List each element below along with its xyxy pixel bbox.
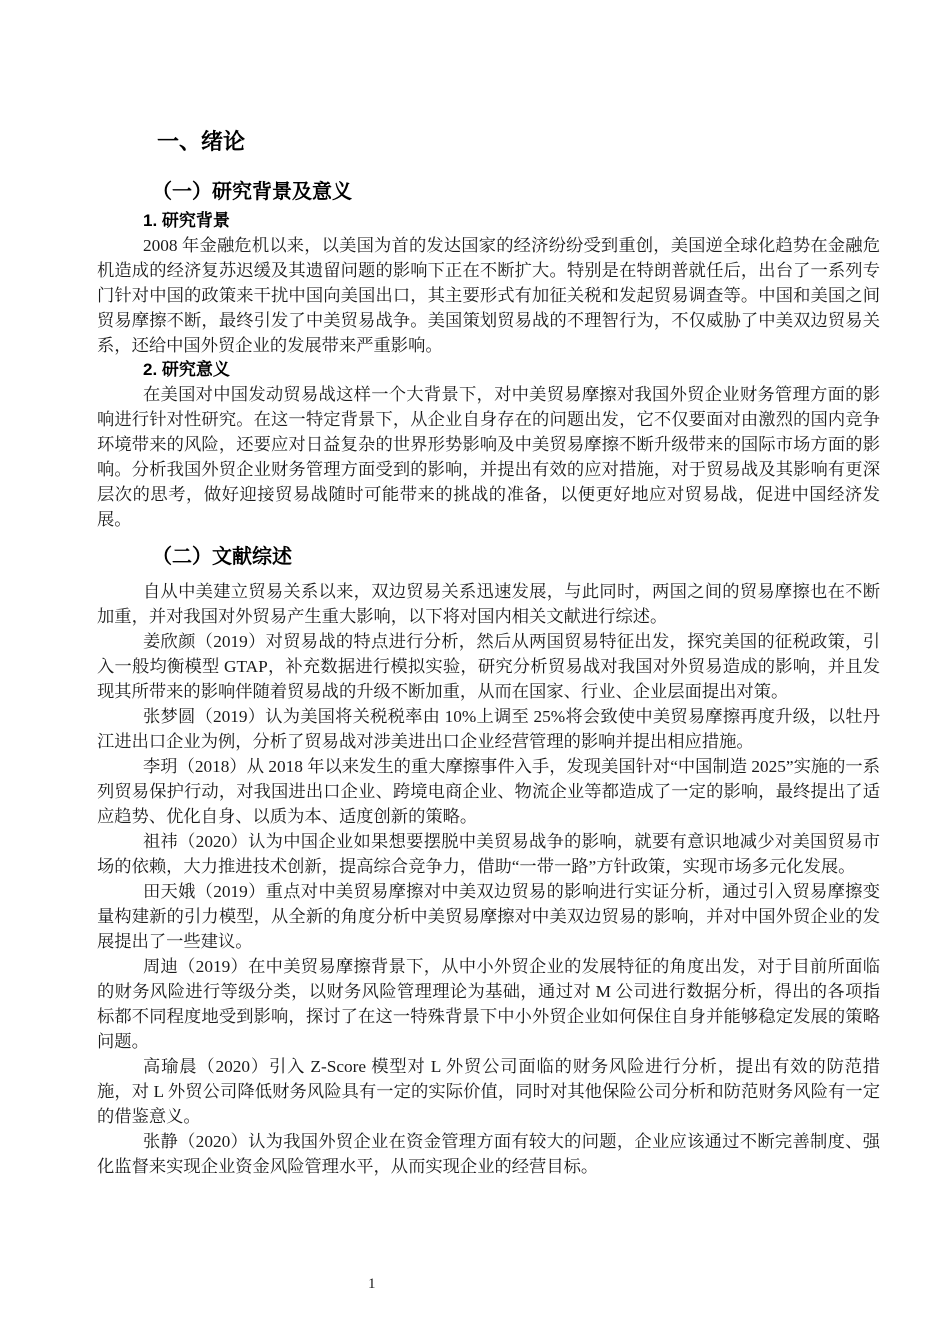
subsection-heading-research-background: 1. 研究背景 bbox=[97, 209, 880, 233]
paragraph-literature-jiangxinyan: 姜欣颜（2019）对贸易战的特点进行分析，然后从两国贸易特征出发，探究美国的征税… bbox=[97, 629, 880, 704]
subsection-heading-research-significance: 2. 研究意义 bbox=[97, 358, 880, 382]
paragraph-research-significance: 在美国对中国发动贸易战这样一个大背景下，对中美贸易摩擦对我国外贸企业财务管理方面… bbox=[97, 382, 880, 532]
paragraph-literature-tiantiane: 田天娥（2019）重点对中美贸易摩擦对中美双边贸易的影响进行实证分析，通过引入贸… bbox=[97, 879, 880, 954]
paragraph-literature-zuyi: 祖祎（2020）认为中国企业如果想要摆脱中美贸易战争的影响，就要有意识地减少对美… bbox=[97, 829, 880, 879]
paragraph-literature-zhangmengyuan: 张梦圆（2019）认为美国将关税税率由 10%上调至 25%将会致使中美贸易摩擦… bbox=[97, 704, 880, 754]
section-heading-research-background-significance: （一）研究背景及意义 bbox=[97, 180, 880, 204]
document-body: 一、绪论 （一）研究背景及意义 1. 研究背景 2008 年金融危机以来，以美国… bbox=[97, 128, 880, 1179]
page-number: 1 bbox=[368, 1274, 376, 1294]
section-heading-literature-review: （二）文献综述 bbox=[97, 545, 880, 569]
chapter-heading: 一、绪论 bbox=[97, 128, 880, 156]
paragraph-literature-zhoudi: 周迪（2019）在中美贸易摩擦背景下，从中小外贸企业的发展特征的角度出发，对于目… bbox=[97, 954, 880, 1054]
paragraph-literature-zhangjing: 张静（2020）认为我国外贸企业在资金管理方面有较大的问题，企业应该通过不断完善… bbox=[97, 1129, 880, 1179]
document-page: 一、绪论 （一）研究背景及意义 1. 研究背景 2008 年金融危机以来，以美国… bbox=[0, 0, 950, 1344]
paragraph-literature-liyue: 李玥（2018）从 2018 年以来发生的重大摩擦事件入手，发现美国针对“中国制… bbox=[97, 754, 880, 829]
paragraph-literature-gaoyuchen: 高瑜晨（2020）引入 Z-Score 模型对 L 外贸公司面临的财务风险进行分… bbox=[97, 1054, 880, 1129]
paragraph-research-background: 2008 年金融危机以来，以美国为首的发达国家的经济纷纷受到重创，美国逆全球化趋… bbox=[97, 233, 880, 358]
paragraph-literature-intro: 自从中美建立贸易关系以来，双边贸易关系迅速发展，与此同时，两国之间的贸易摩擦也在… bbox=[97, 579, 880, 629]
